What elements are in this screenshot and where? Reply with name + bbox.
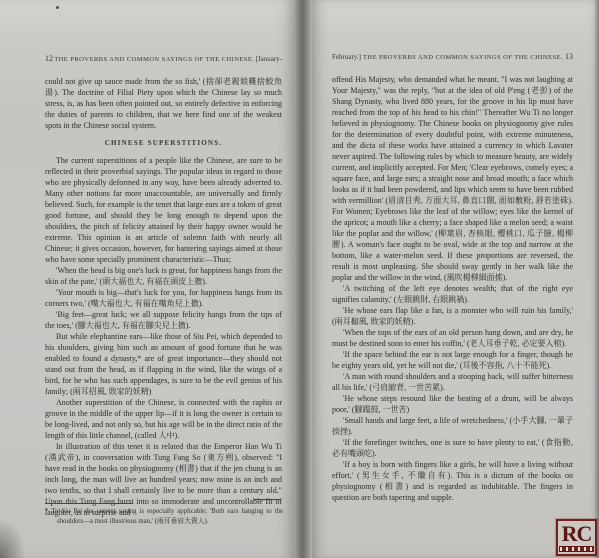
section-heading: CHINESE SUPERSTITIONS.: [45, 138, 282, 149]
right-issue-label: February.]: [332, 53, 361, 61]
paragraph: 'If a boy is born with fingers like a gi…: [332, 459, 573, 503]
paragraph: 'He whose ears flap like a fan, is a mon…: [332, 305, 573, 327]
paragraph: 'If the space behind the ear is not larg…: [332, 349, 573, 371]
paragraph: 'When the head is big one's luck is grea…: [45, 265, 282, 287]
page-gutter: [294, 0, 312, 558]
paragraph: 'Big feet—great luck; we all suppose fel…: [45, 309, 282, 331]
corner-shadow: [0, 518, 26, 558]
paragraph: Another superstition of the Chinese, is …: [45, 397, 282, 441]
paragraph: The current superstitions of a people li…: [45, 155, 282, 265]
rc-stamp-band: [559, 546, 594, 552]
paragraph: But while elephantine ears—like those of…: [45, 331, 282, 397]
paragraph: 'Your mouth is big—that's luck for you, …: [45, 287, 282, 309]
rc-stamp-letters: RC: [562, 522, 592, 546]
paragraph: 'A man with round shoulders and a stoopi…: [332, 371, 573, 393]
paragraph: 'He whose steps resound like the beating…: [332, 393, 573, 415]
footnote: * To Siu Pei the current saying is espec…: [45, 507, 283, 526]
left-page-header: 12 THE PROVERBS AND COMMON SAYINGS OF TH…: [45, 54, 282, 63]
right-page-number: 13: [565, 52, 573, 61]
scan-edge-right: [594, 0, 599, 558]
right-page-body: offend His Majesty, who demanded what he…: [332, 74, 573, 503]
paragraph: 'If the forefinger twitches, one is sure…: [332, 437, 573, 459]
paragraph: 'Small hands and large feet, a life of w…: [332, 415, 573, 437]
left-page-number: 12: [45, 54, 53, 63]
left-issue-label: [January-: [256, 55, 282, 63]
footnote-rule: [45, 503, 133, 504]
rc-stamp: RC: [556, 519, 597, 556]
footnote-dash: [254, 499, 280, 500]
paragraph: 'When the tops of the ears of an old per…: [332, 327, 573, 349]
scan-artifact-dot: [56, 6, 59, 9]
right-page-header: February.] THE PROVERBS AND COMMON SAYIN…: [332, 52, 573, 61]
book-scan: 12 THE PROVERBS AND COMMON SAYINGS OF TH…: [0, 0, 599, 558]
left-page: 12 THE PROVERBS AND COMMON SAYINGS OF TH…: [0, 0, 294, 558]
paragraph: offend His Majesty, who demanded what he…: [332, 74, 573, 283]
paragraph: 'A twitching of the left eye denotes wea…: [332, 283, 573, 305]
left-page-body: could not give up sauce made from the so…: [45, 76, 282, 518]
right-running-title: THE PROVERBS AND COMMON SAYINGS OF THE C…: [361, 54, 565, 61]
left-running-title: THE PROVERBS AND COMMON SAYINGS OF THE C…: [53, 56, 256, 63]
paragraph: could not give up sauce made from the so…: [45, 76, 282, 131]
right-page: February.] THE PROVERBS AND COMMON SAYIN…: [312, 0, 599, 558]
